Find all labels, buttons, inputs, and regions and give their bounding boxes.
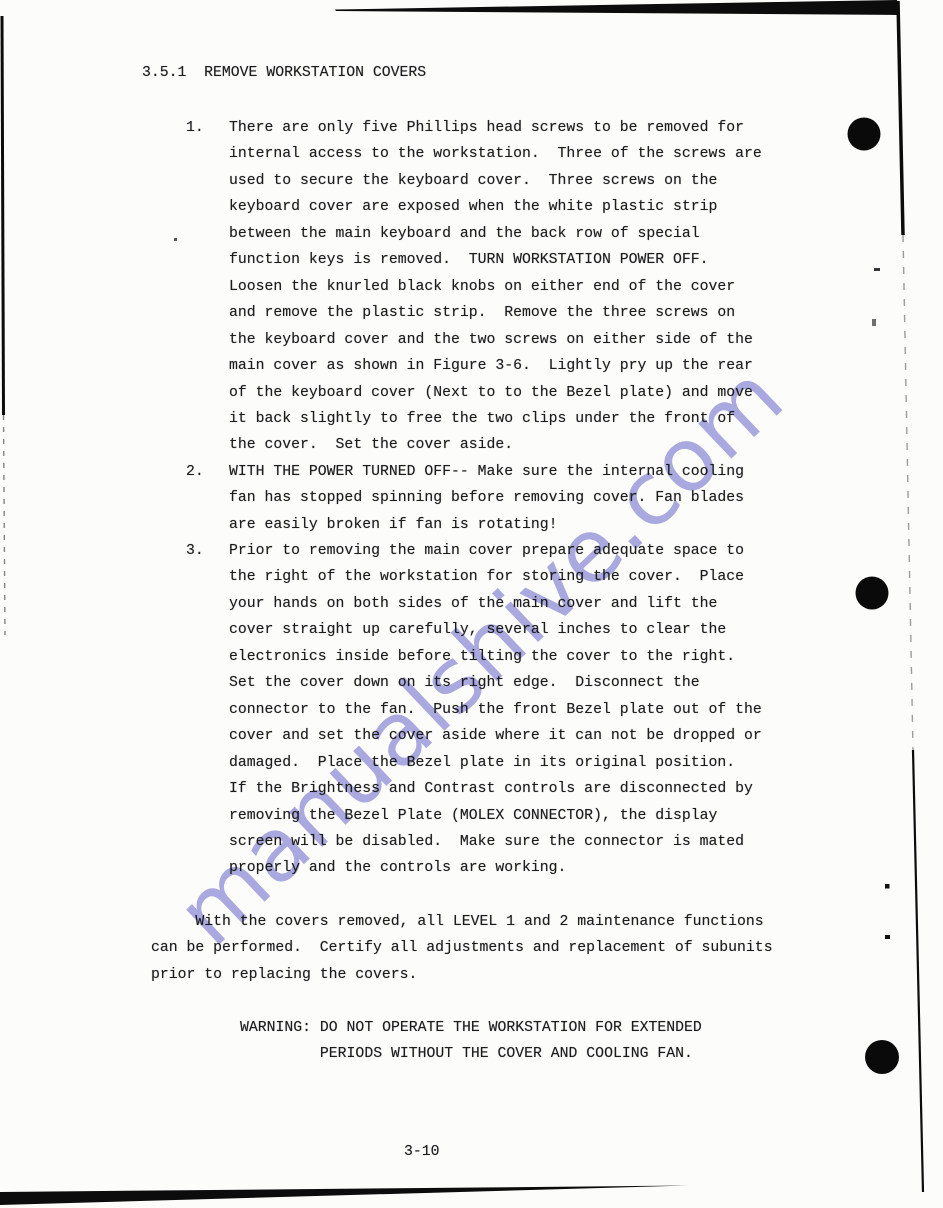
- scan-edge-bottom: [0, 1186, 688, 1206]
- scan-edge-right-bottom: [913, 750, 923, 1192]
- scan-edge-top: [335, 0, 900, 15]
- list-item-2-text: WITH THE POWER TURNED OFF-- Make sure th…: [229, 459, 744, 538]
- closing-paragraph: With the covers removed, all LEVEL 1 and…: [151, 909, 773, 988]
- list-item-1-number: 1.: [186, 115, 204, 141]
- binder-hole-middle: [856, 577, 889, 610]
- scan-edge-right-top: [898, 1, 903, 235]
- scan-edge-left-top: [2, 16, 4, 415]
- list-item-3-number: 3.: [186, 538, 204, 564]
- scan-speck: [174, 238, 177, 241]
- list-item-3-text: Prior to removing the main cover prepare…: [229, 538, 762, 882]
- scanned-manual-page: manualshive.com 3.5.1 REMOVE WORKSTATION…: [0, 0, 943, 1208]
- binder-hole-top: [848, 118, 881, 151]
- scan-speck: [872, 319, 876, 326]
- page-number: 3-10: [404, 1139, 440, 1165]
- scan-speck: [885, 884, 890, 889]
- binder-hole-bottom: [865, 1040, 899, 1074]
- scan-edge-left-fade: [4, 415, 6, 635]
- section-heading: 3.5.1 REMOVE WORKSTATION COVERS: [142, 60, 426, 86]
- scan-edge-right-middle: [903, 235, 913, 750]
- list-item-1-text: There are only five Phillips head screws…: [229, 115, 762, 459]
- list-item-2-number: 2.: [186, 459, 204, 485]
- warning-note: WARNING: DO NOT OPERATE THE WORKSTATION …: [240, 1015, 702, 1068]
- scan-speck: [885, 935, 890, 939]
- scan-speck: [874, 268, 880, 271]
